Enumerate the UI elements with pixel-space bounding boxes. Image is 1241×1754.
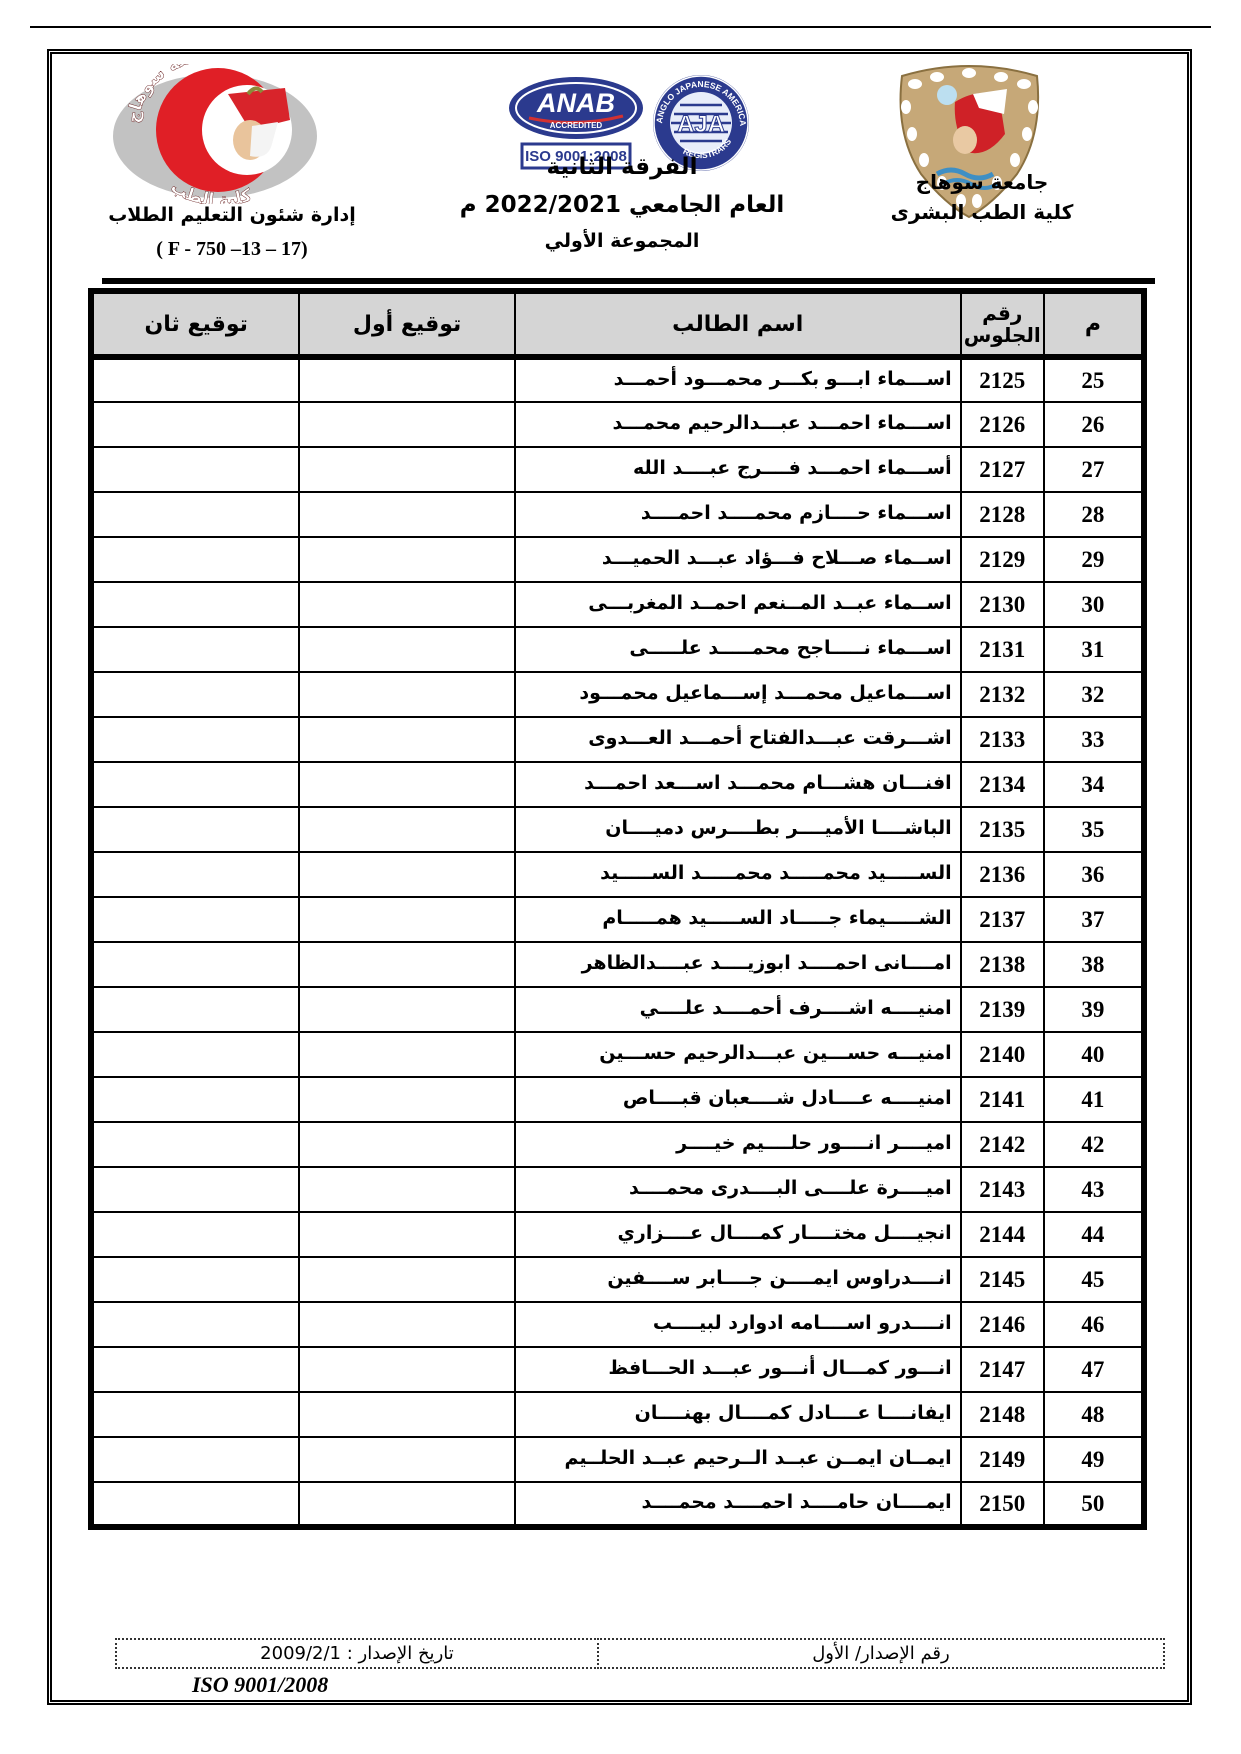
first-signature-cell xyxy=(299,1392,514,1437)
student-name-cell: اســماء صـــلاح فـــؤاد عبـــد الحميـــد xyxy=(515,537,961,582)
row-number-cell: 47 xyxy=(1044,1347,1144,1392)
student-row: 33 2133 اشـــرقت عبـــدالفتاح أحمـــد ال… xyxy=(91,717,1144,762)
first-signature-cell xyxy=(299,807,514,852)
student-name-cell: اســـماء نـــــاجح محمـــــد علـــــى xyxy=(515,627,961,672)
student-row: 50 2150 ايمــــان حامــــد احمــــد محمـ… xyxy=(91,1482,1144,1527)
student-name-cell: انــــدرو اســــامه ادوارد لبيــــب xyxy=(515,1302,961,1347)
seat-number-cell: 2145 xyxy=(961,1257,1044,1302)
seat-number-cell: 2141 xyxy=(961,1077,1044,1122)
student-row: 25 2125 اســـماء ابـــو بكـــر محمـــود … xyxy=(91,357,1144,402)
student-row: 46 2146 انــــدرو اســــامه ادوارد لبيــ… xyxy=(91,1302,1144,1347)
seat-number-cell: 2140 xyxy=(961,1032,1044,1077)
row-number-cell: 29 xyxy=(1044,537,1144,582)
student-name-cell: الباشــــا الأميــــر بطــــرس دميــــان xyxy=(515,807,961,852)
title-group-number: المجموعة الأولي xyxy=(422,230,822,252)
student-row: 44 2144 انجيــــل مختــــار كمــــال عــ… xyxy=(91,1212,1144,1257)
seat-number-cell: 2146 xyxy=(961,1302,1044,1347)
row-number-cell: 50 xyxy=(1044,1482,1144,1527)
student-row: 32 2132 اســـماعيل محمـــد إســـماعيل مح… xyxy=(91,672,1144,717)
second-signature-cell xyxy=(91,987,299,1032)
student-row: 37 2137 الشـــــيماء جـــــاد الســـــيد… xyxy=(91,897,1144,942)
aja-label: AJA xyxy=(677,111,725,138)
student-name-cell: اســماء عبــد المــنعم احمــد المغربـــى xyxy=(515,582,961,627)
row-number-cell: 30 xyxy=(1044,582,1144,627)
student-name-cell: انجيــــل مختــــار كمــــال عــــزاري xyxy=(515,1212,961,1257)
second-signature-cell xyxy=(91,402,299,447)
first-signature-cell xyxy=(299,582,514,627)
student-name-cell: اســـماء احمـــد عبـــدالرحيم محمـــد xyxy=(515,402,961,447)
student-row: 39 2139 امنيــــه اشــــرف أحمــــد علــ… xyxy=(91,987,1144,1032)
first-signature-cell xyxy=(299,1482,514,1527)
student-row: 36 2136 الســـــيد محمـــــد محمـــــد ا… xyxy=(91,852,1144,897)
col-header-seat-number: رقم الجلوس xyxy=(961,291,1044,357)
second-signature-cell xyxy=(91,1167,299,1212)
student-name-cell: الســـــيد محمـــــد محمـــــد الســـــي… xyxy=(515,852,961,897)
second-signature-cell xyxy=(91,582,299,627)
student-name-cell: أســـماء احمـــد فــــرج عبــــد الله xyxy=(515,447,961,492)
second-signature-cell xyxy=(91,717,299,762)
student-name-cell: الشـــــيماء جـــــاد الســـــيد همـــــ… xyxy=(515,897,961,942)
seat-number-cell: 2135 xyxy=(961,807,1044,852)
second-signature-cell xyxy=(91,762,299,807)
seat-number-cell: 2147 xyxy=(961,1347,1044,1392)
seat-number-cell: 2149 xyxy=(961,1437,1044,1482)
row-number-cell: 36 xyxy=(1044,852,1144,897)
second-signature-cell xyxy=(91,672,299,717)
second-signature-cell xyxy=(91,1347,299,1392)
issue-number-box: رقم الإصدار/ الأول xyxy=(597,1638,1165,1669)
student-name-cell: انــــدراوس ايمــــن جــــابر ســــفين xyxy=(515,1257,961,1302)
page-top-rule xyxy=(30,26,1211,28)
second-signature-cell xyxy=(91,1257,299,1302)
student-name-cell: امنيـــه حســـين عبـــدالرحيم حســـين xyxy=(515,1032,961,1077)
row-number-cell: 33 xyxy=(1044,717,1144,762)
seat-number-cell: 2148 xyxy=(961,1392,1044,1437)
col-header-number: م xyxy=(1044,291,1144,357)
second-signature-cell xyxy=(91,897,299,942)
first-signature-cell xyxy=(299,1122,514,1167)
student-row: 47 2147 انـــور كمـــال أنـــور عبـــد ا… xyxy=(91,1347,1144,1392)
second-signature-cell xyxy=(91,492,299,537)
second-signature-cell xyxy=(91,1437,299,1482)
student-name-cell: امنيــــه عــــادل شــــعبان قبــــاص xyxy=(515,1077,961,1122)
seat-number-cell: 2132 xyxy=(961,672,1044,717)
university-shield-logo-icon xyxy=(877,62,1062,222)
iso-standard-label: ISO 9001/2008 xyxy=(192,1672,328,1698)
first-signature-cell xyxy=(299,852,514,897)
first-signature-cell xyxy=(299,447,514,492)
first-signature-cell xyxy=(299,537,514,582)
first-signature-cell xyxy=(299,762,514,807)
seat-number-cell: 2144 xyxy=(961,1212,1044,1257)
faculty-crescent-logo-icon: جامعة سوهاج كلية الطب xyxy=(100,64,345,204)
first-signature-cell xyxy=(299,1212,514,1257)
student-row: 35 2135 الباشــــا الأميــــر بطــــرس د… xyxy=(91,807,1144,852)
row-number-cell: 40 xyxy=(1044,1032,1144,1077)
students-table: م رقم الجلوس اسم الطالب توقيع أول توقيع … xyxy=(88,288,1147,1530)
university-name: جامعة سوهاج xyxy=(842,170,1122,194)
student-name-cell: اميــــر انــــور حلــــيم خيــــر xyxy=(515,1122,961,1167)
row-number-cell: 39 xyxy=(1044,987,1144,1032)
seat-number-cell: 2138 xyxy=(961,942,1044,987)
row-number-cell: 38 xyxy=(1044,942,1144,987)
student-row: 49 2149 ايمــان ايمــن عبــد الــرحيم عب… xyxy=(91,1437,1144,1482)
first-signature-cell xyxy=(299,1302,514,1347)
row-number-cell: 34 xyxy=(1044,762,1144,807)
issue-date-box: تاريخ الإصدار : 2009/2/1 xyxy=(115,1638,599,1669)
student-row: 31 2131 اســـماء نـــــاجح محمـــــد علـ… xyxy=(91,627,1144,672)
first-signature-cell xyxy=(299,987,514,1032)
row-number-cell: 31 xyxy=(1044,627,1144,672)
page-border-box: جامعة سوهاج كلية الطب إدارة شئون التعليم… xyxy=(47,49,1192,1705)
col-header-first-signature: توقيع أول xyxy=(299,291,514,357)
second-signature-cell xyxy=(91,1212,299,1257)
first-signature-cell xyxy=(299,1077,514,1122)
title-year-group: الفرقة الثانية xyxy=(422,154,822,180)
student-row: 26 2126 اســـماء احمـــد عبـــدالرحيم مح… xyxy=(91,402,1144,447)
row-number-cell: 26 xyxy=(1044,402,1144,447)
second-signature-cell xyxy=(91,852,299,897)
second-signature-cell xyxy=(91,1122,299,1167)
col-header-second-signature: توقيع ثان xyxy=(91,291,299,357)
seat-number-cell: 2134 xyxy=(961,762,1044,807)
first-signature-cell xyxy=(299,357,514,402)
first-signature-cell xyxy=(299,1347,514,1392)
student-row: 45 2145 انــــدراوس ايمــــن جــــابر سـ… xyxy=(91,1257,1144,1302)
first-signature-cell xyxy=(299,897,514,942)
seat-number-cell: 2128 xyxy=(961,492,1044,537)
seat-number-cell: 2129 xyxy=(961,537,1044,582)
first-signature-cell xyxy=(299,1437,514,1482)
row-number-cell: 35 xyxy=(1044,807,1144,852)
row-number-cell: 48 xyxy=(1044,1392,1144,1437)
seat-number-cell: 2150 xyxy=(961,1482,1044,1527)
table-header-row: م رقم الجلوس اسم الطالب توقيع أول توقيع … xyxy=(91,291,1144,357)
row-number-cell: 37 xyxy=(1044,897,1144,942)
row-number-cell: 42 xyxy=(1044,1122,1144,1167)
student-name-cell: اســـماء حــــازم محمــــد احمــــد xyxy=(515,492,961,537)
student-row: 48 2148 ايفانــــا عــــادل كمــــال بهن… xyxy=(91,1392,1144,1437)
first-signature-cell xyxy=(299,942,514,987)
second-signature-cell xyxy=(91,1032,299,1077)
student-row: 43 2143 اميــــرة علــــى البــــدرى محم… xyxy=(91,1167,1144,1212)
title-academic-year: العام الجامعي 2022/2021 م xyxy=(422,192,822,218)
student-name-cell: ايمــان ايمــن عبــد الــرحيم عبــد الحل… xyxy=(515,1437,961,1482)
student-name-cell: اســـماعيل محمـــد إســـماعيل محمـــود xyxy=(515,672,961,717)
row-number-cell: 27 xyxy=(1044,447,1144,492)
first-signature-cell xyxy=(299,627,514,672)
first-signature-cell xyxy=(299,402,514,447)
seat-number-cell: 2125 xyxy=(961,357,1044,402)
student-name-cell: ايمــــان حامــــد احمــــد محمــــد xyxy=(515,1482,961,1527)
form-code: ( F - 750 –13 – 17) xyxy=(82,238,382,261)
seat-number-cell: 2131 xyxy=(961,627,1044,672)
student-row: 38 2138 امــــانى احمــــد ابوزيــــد عب… xyxy=(91,942,1144,987)
student-name-cell: امنيــــه اشــــرف أحمــــد علــــي xyxy=(515,987,961,1032)
row-number-cell: 28 xyxy=(1044,492,1144,537)
first-signature-cell xyxy=(299,492,514,537)
student-name-cell: امــــانى احمــــد ابوزيــــد عبــــدالظ… xyxy=(515,942,961,987)
row-number-cell: 43 xyxy=(1044,1167,1144,1212)
col-header-student-name: اسم الطالب xyxy=(515,291,961,357)
student-row: 41 2141 امنيــــه عــــادل شــــعبان قبـ… xyxy=(91,1077,1144,1122)
second-signature-cell xyxy=(91,627,299,672)
seat-number-cell: 2143 xyxy=(961,1167,1044,1212)
student-row: 30 2130 اســماء عبــد المــنعم احمــد ال… xyxy=(91,582,1144,627)
first-signature-cell xyxy=(299,717,514,762)
student-row: 34 2134 افنـــان هشـــام محمـــد اســـعد… xyxy=(91,762,1144,807)
second-signature-cell xyxy=(91,942,299,987)
first-signature-cell xyxy=(299,1257,514,1302)
header-separator-rule xyxy=(102,278,1155,284)
student-name-cell: ايفانــــا عــــادل كمــــال بهنــــان xyxy=(515,1392,961,1437)
second-signature-cell xyxy=(91,1482,299,1527)
student-row: 29 2129 اســماء صـــلاح فـــؤاد عبـــد ا… xyxy=(91,537,1144,582)
row-number-cell: 46 xyxy=(1044,1302,1144,1347)
student-name-cell: اســـماء ابـــو بكـــر محمـــود أحمـــد xyxy=(515,357,961,402)
anab-accredited-label: ACCREDITED xyxy=(550,121,603,130)
row-number-cell: 32 xyxy=(1044,672,1144,717)
footer-strip: رقم الإصدار/ الأول تاريخ الإصدار : 2009/… xyxy=(113,1638,1165,1669)
student-name-cell: اشـــرقت عبـــدالفتاح أحمـــد العـــدوى xyxy=(515,717,961,762)
seat-number-cell: 2136 xyxy=(961,852,1044,897)
department-label: إدارة شئون التعليم الطلاب xyxy=(82,204,382,226)
row-number-cell: 41 xyxy=(1044,1077,1144,1122)
document-page: { "colors": { "navy": "#2b3a8e", "red": … xyxy=(0,0,1241,1754)
faculty-name: كلية الطب البشرى xyxy=(842,200,1122,224)
seat-number-cell: 2139 xyxy=(961,987,1044,1032)
anab-label: ANAB xyxy=(536,88,615,118)
student-row: 28 2128 اســـماء حــــازم محمــــد احمــ… xyxy=(91,492,1144,537)
seat-number-cell: 2126 xyxy=(961,402,1044,447)
student-row: 27 2127 أســـماء احمـــد فــــرج عبــــد… xyxy=(91,447,1144,492)
first-signature-cell xyxy=(299,672,514,717)
student-name-cell: افنـــان هشـــام محمـــد اســـعد احمـــد xyxy=(515,762,961,807)
student-row: 40 2140 امنيـــه حســـين عبـــدالرحيم حس… xyxy=(91,1032,1144,1077)
row-number-cell: 25 xyxy=(1044,357,1144,402)
student-row: 42 2142 اميــــر انــــور حلــــيم خيـــ… xyxy=(91,1122,1144,1167)
student-name-cell: انـــور كمـــال أنـــور عبـــد الحـــافظ xyxy=(515,1347,961,1392)
student-name-cell: اميــــرة علــــى البــــدرى محمــــد xyxy=(515,1167,961,1212)
row-number-cell: 44 xyxy=(1044,1212,1144,1257)
seat-number-cell: 2127 xyxy=(961,447,1044,492)
second-signature-cell xyxy=(91,1302,299,1347)
second-signature-cell xyxy=(91,537,299,582)
first-signature-cell xyxy=(299,1167,514,1212)
row-number-cell: 45 xyxy=(1044,1257,1144,1302)
first-signature-cell xyxy=(299,1032,514,1077)
row-number-cell: 49 xyxy=(1044,1437,1144,1482)
seat-number-cell: 2130 xyxy=(961,582,1044,627)
seat-number-cell: 2142 xyxy=(961,1122,1044,1167)
seat-number-cell: 2133 xyxy=(961,717,1044,762)
second-signature-cell xyxy=(91,447,299,492)
second-signature-cell xyxy=(91,357,299,402)
seat-number-cell: 2137 xyxy=(961,897,1044,942)
second-signature-cell xyxy=(91,1077,299,1122)
second-signature-cell xyxy=(91,807,299,852)
second-signature-cell xyxy=(91,1392,299,1437)
